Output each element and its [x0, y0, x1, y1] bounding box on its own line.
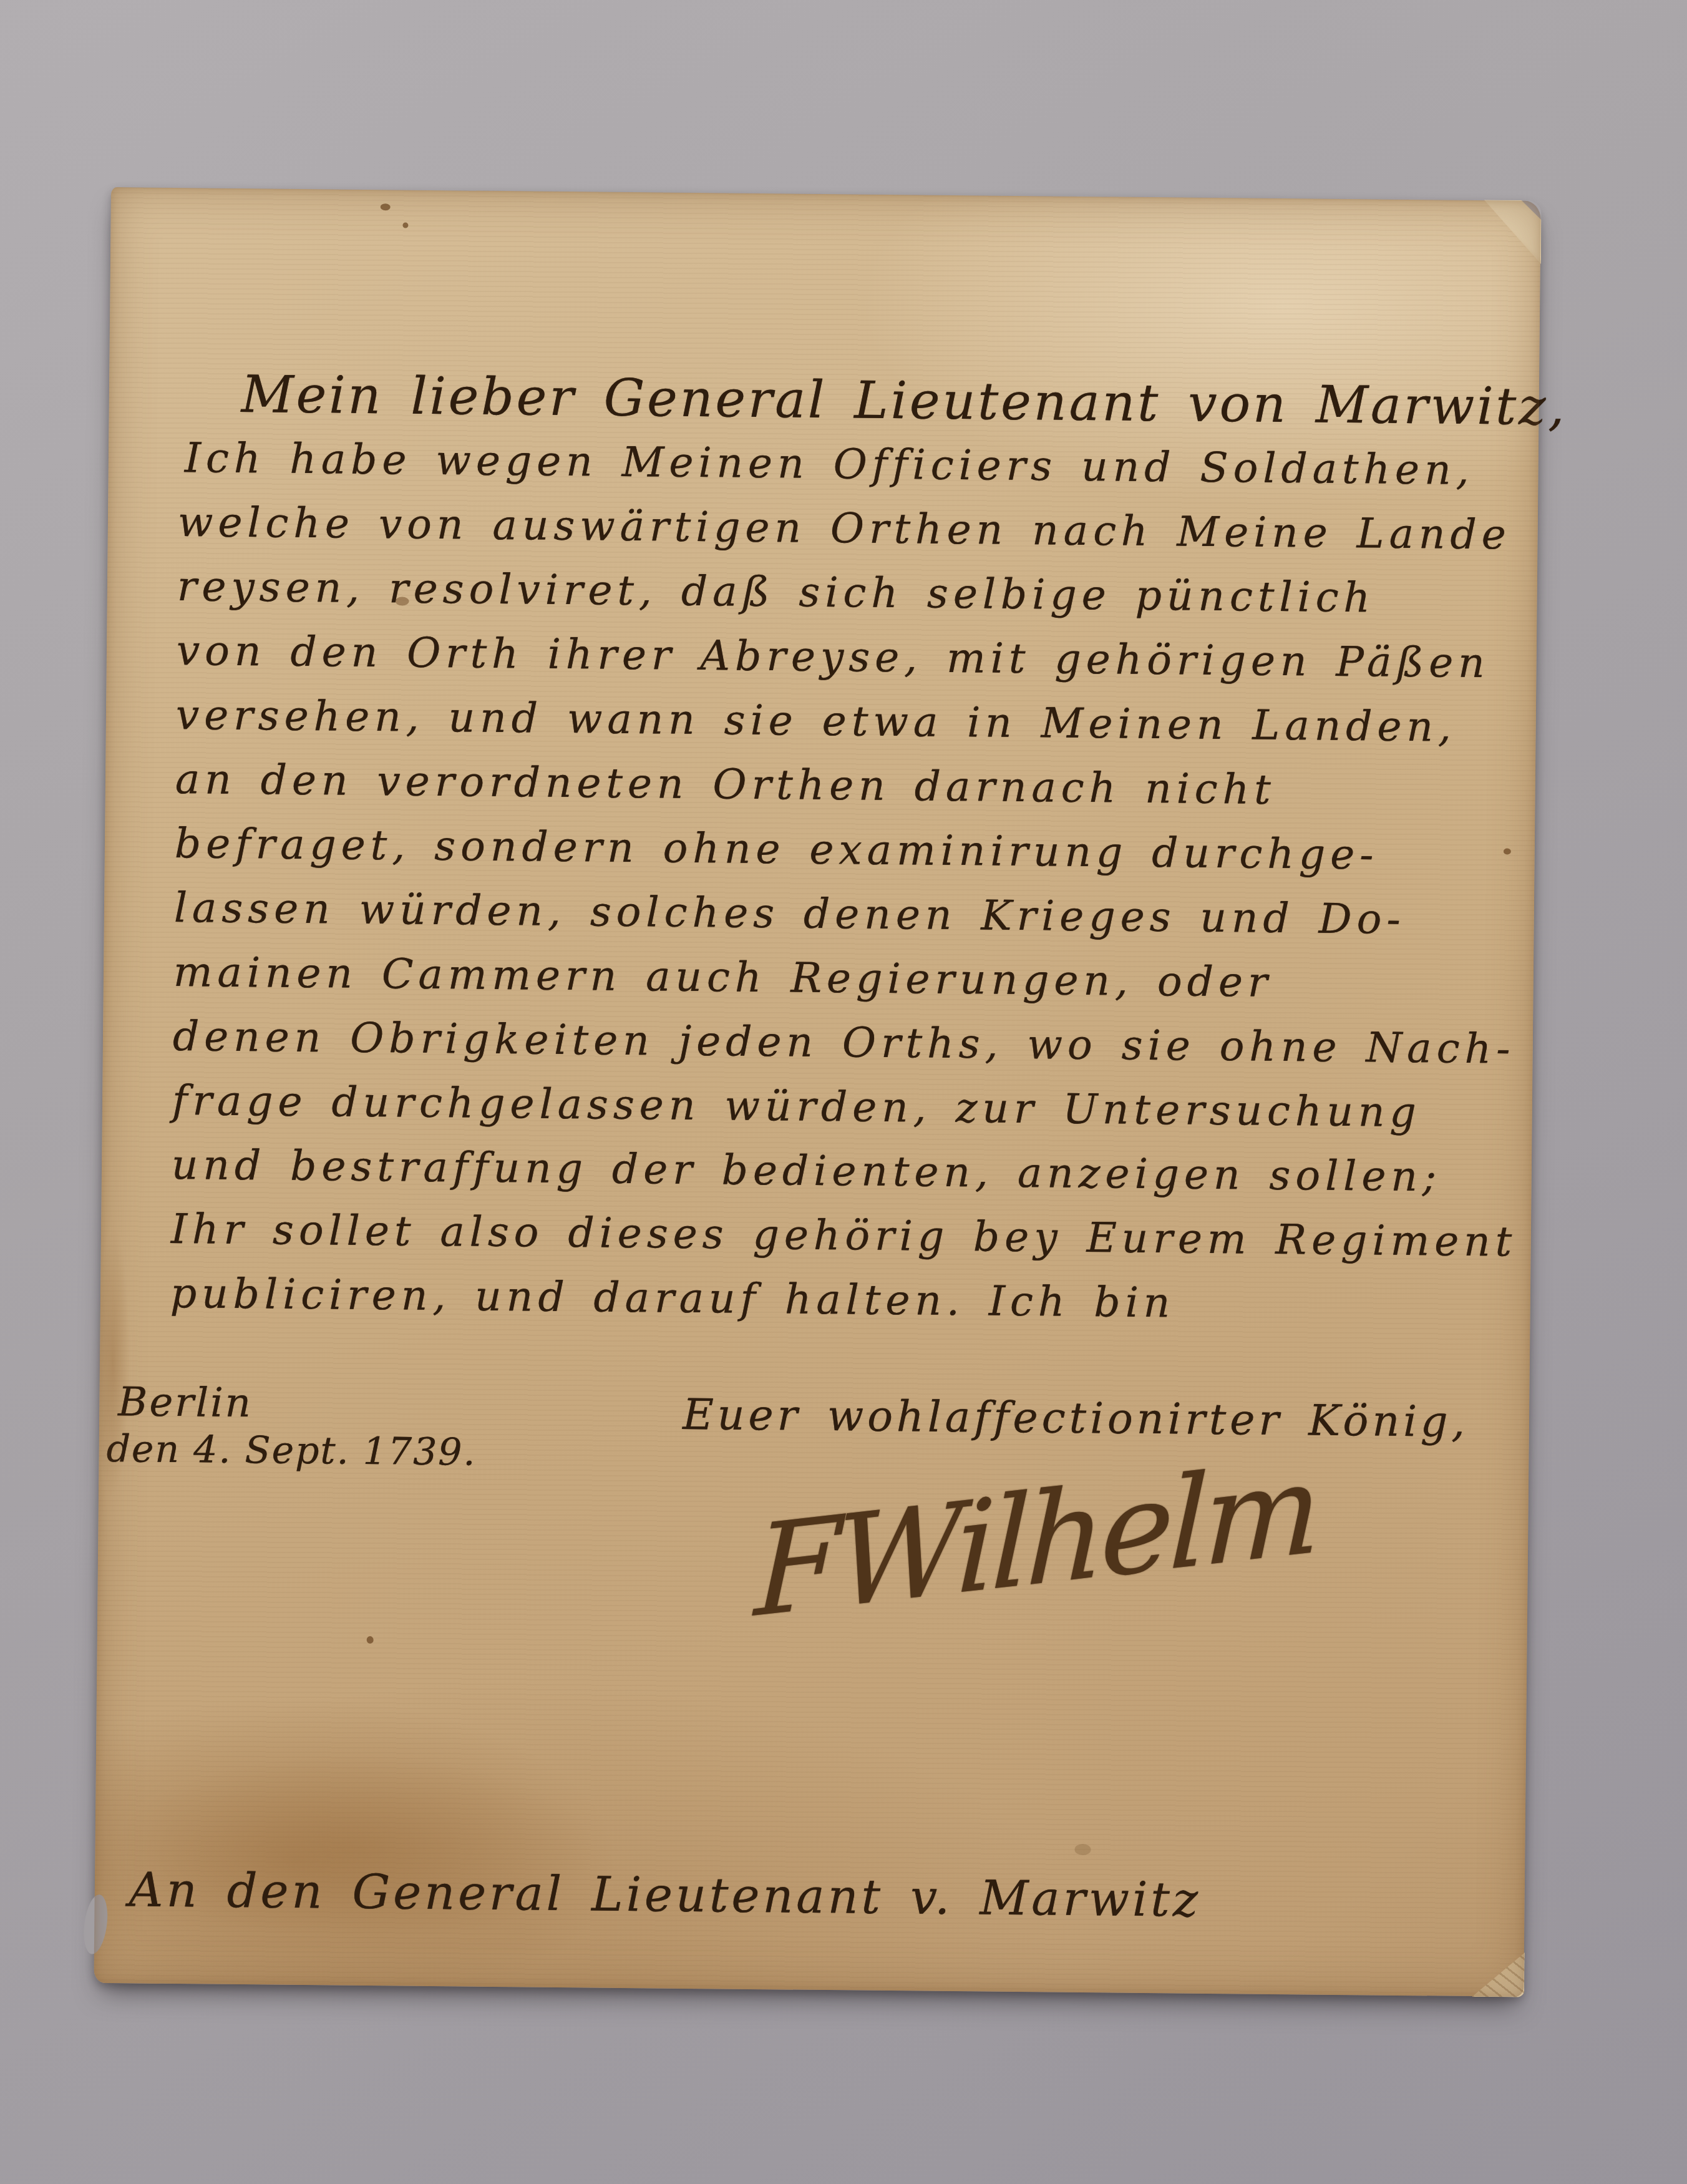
folded-corner-bottom-right — [1472, 1952, 1525, 1997]
royal-signature: FWilhelm — [753, 1446, 1318, 1636]
body-line: lassen würden, solches denen Krieges und… — [174, 887, 1406, 940]
address-line: An den General Lieutenant v. Marwitz — [129, 1866, 1201, 1923]
photo-background: Mein lieber General Lieutenant von Marwi… — [0, 0, 1687, 2184]
body-line: welche von auswärtigen Orthen nach Meine… — [178, 502, 1512, 556]
body-line: befraget, sondern ohne examinirung durch… — [175, 823, 1379, 876]
folded-corner-top-right — [1484, 200, 1542, 264]
letter-sheet: Mein lieber General Lieutenant von Marwi… — [94, 187, 1541, 1997]
body-line: von den Orth ihrer Abreyse, mit gehörige… — [177, 630, 1490, 684]
body-line: Ihr sollet also dieses gehörig bey Eurem… — [171, 1209, 1517, 1263]
chipped-edge-bottom-left — [80, 1893, 110, 1956]
salutation-line: Mein lieber General Lieutenant von Marwi… — [241, 369, 1567, 433]
place-line: Berlin — [118, 1382, 253, 1423]
foxing-spot — [402, 222, 408, 228]
body-line: mainen Cammern auch Regierungen, oder — [173, 952, 1273, 1003]
body-line: an den verordneten Orthen darnach nicht — [175, 759, 1276, 811]
faint-smudge — [1074, 1844, 1091, 1855]
foxing-spot — [367, 1636, 374, 1644]
body-line: reysen, resolviret, daß sich selbige pün… — [177, 566, 1376, 618]
body-line: denen Obrigkeiten jeden Orths, wo sie oh… — [173, 1016, 1515, 1070]
closing-line: Euer wohlaffectionirter König, — [683, 1394, 1469, 1444]
foxing-spot — [1504, 848, 1511, 854]
body-line: und bestraffung der bedienten, anzeigen … — [172, 1144, 1442, 1198]
body-line: frage durchgelassen würden, zur Untersuc… — [172, 1080, 1421, 1133]
body-line: versehen, und wann sie etwa in Meinen La… — [176, 695, 1457, 748]
body-line: Ich habe wegen Meinen Officiers und Sold… — [185, 437, 1474, 491]
foxing-spot — [381, 203, 391, 210]
body-line: publiciren, und darauf halten. Ich bin — [170, 1273, 1175, 1324]
date-line: den 4. Sept. 1739. — [106, 1430, 477, 1471]
